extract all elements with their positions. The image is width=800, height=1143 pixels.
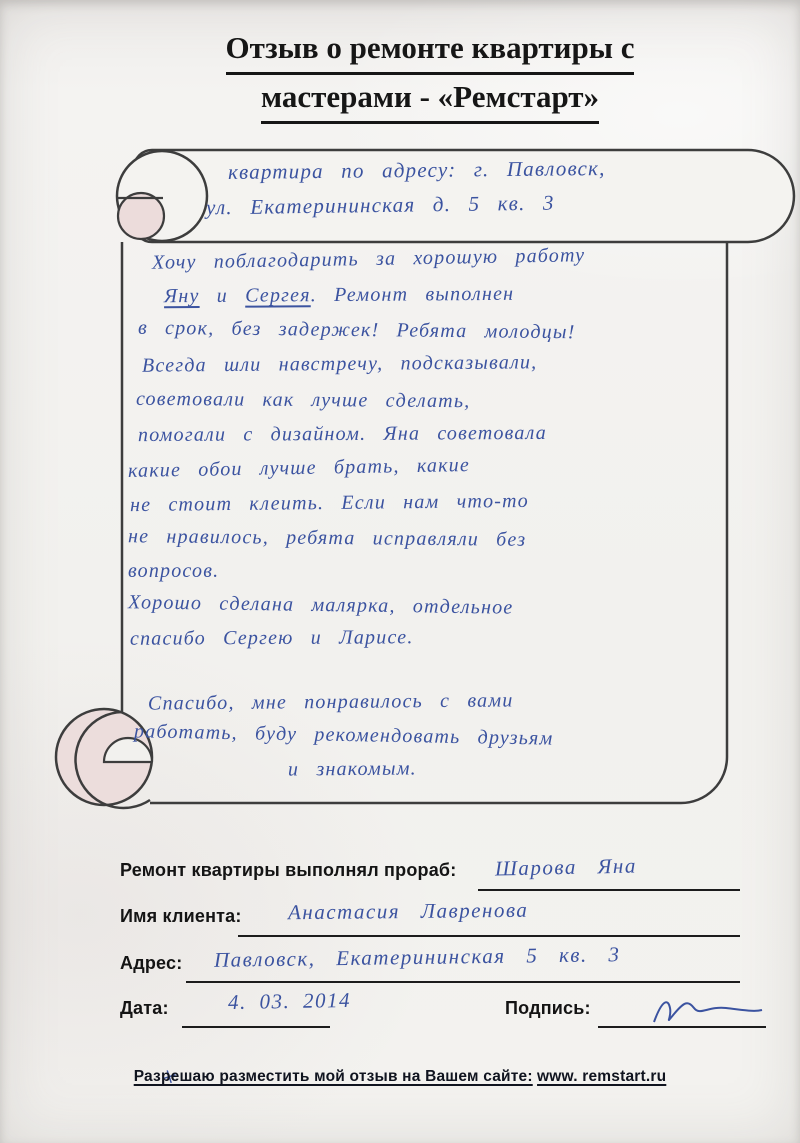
address-field-line [186, 981, 740, 983]
signature-field-label: Подпись: [505, 998, 591, 1019]
date-field-value: 4. 03. 2014 [228, 988, 351, 1015]
handwritten-line: Всегда шли навстречу, подсказывали, [142, 351, 538, 377]
scanned-review-page: Отзыв о ремонте квартиры с мастерами - «… [0, 0, 800, 1143]
foreman-field-label: Ремонт квартиры выполнял прораб: [120, 860, 456, 881]
scroll-top-curl-inner [118, 193, 164, 239]
handwritten-line: и знакомым. [288, 757, 417, 781]
handwritten-line: в срок, без задержек! Ребята молодцы! [138, 317, 576, 345]
handwritten-line: спасибо Сергею и Ларисе. [130, 626, 414, 650]
handwritten-line: Спасибо, мне понравилось с вами [148, 689, 514, 715]
handwritten-line: вопросов. [128, 560, 219, 583]
handwritten-line: Яну и Сергея. Ремонт выполнен [164, 283, 514, 308]
date-field-line [182, 1026, 330, 1028]
consent-site-url: www. remstart.ru [537, 1068, 666, 1085]
underlined-name: Яну [164, 285, 200, 307]
client-field-line [238, 935, 740, 937]
address-field-label: Адрес: [120, 953, 182, 974]
consent-text: Разрешаю разместить мой отзыв на Вашем с… [134, 1068, 533, 1085]
handwritten-text: . Ремонт выполнен [311, 283, 515, 306]
handwritten-text: и [199, 285, 245, 307]
foreman-field-line [478, 889, 740, 891]
handwritten-line: помогали с дизайном. Яна советовала [138, 422, 547, 447]
handwritten-address-line1: квартира по адресу: г. Павловск, [228, 156, 606, 185]
client-field-value: Анастасия Лавренова [288, 898, 529, 926]
handwritten-address-line2: ул. Екатерининская д. 5 кв. 3 [206, 191, 555, 221]
handwritten-line: советовали как лучше сделать, [136, 388, 471, 413]
client-field-label: Имя клиента: [120, 906, 242, 927]
handwritten-line: не стоит клеить. Если нам что-то [130, 490, 529, 517]
underlined-name: Сергея [245, 284, 311, 306]
date-field-label: Дата: [120, 998, 169, 1019]
signature-scribble [648, 992, 768, 1032]
foreman-field-value: Шарова Яна [495, 854, 637, 882]
handwritten-line: не нравилось, ребята исправляли без [128, 525, 526, 551]
consent-line: Разрешаю разместить мой отзыв на Вашем с… [0, 1068, 800, 1086]
